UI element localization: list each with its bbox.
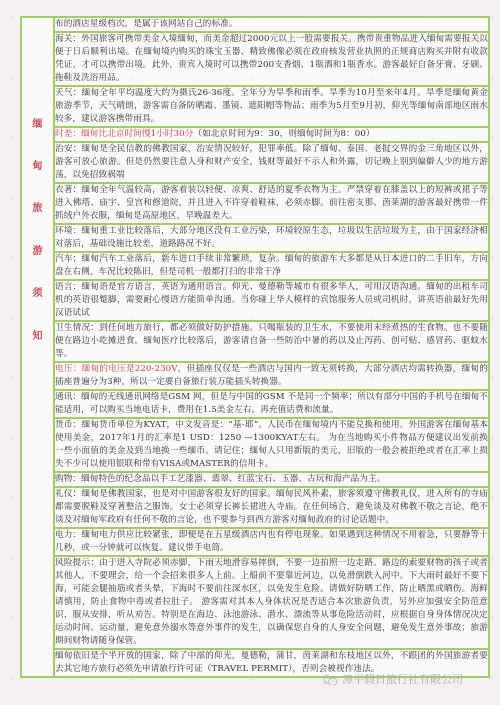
notice-risk-warning: 风险提示：由于进入寺院必须赤脚，下雨天地滑容易摔倒，不要一边拍照一边走路。路边的…	[54, 556, 489, 649]
highlight-text: 时差：缅甸比北京时间慢1小时30分	[55, 129, 193, 139]
table-row: 时差：缅甸比北京时间慢1小时30分（如北京时间为9：30，则缅甸时间为8：00）	[21, 127, 489, 142]
section-title-char: 甸	[22, 157, 53, 172]
table-row: 电力：缅甸电力供应比较紧张，即便是在五星级酒店内也有停电现象。如果遇到这种情况不…	[21, 528, 489, 556]
body-text: 语言：缅甸语是官方语言，英语为通用语言。仰光、曼德勒等城市有很多华人，可用汉语沟…	[55, 282, 488, 318]
notice-environment: 环境：缅甸重工业比较落后，大部分地区没有工业污染，环境较原生态，垃圾以生活垃圾为…	[54, 224, 489, 252]
notice-language: 语言：缅甸语是官方语言，英语为通用语言。仰光、曼德勒等城市有很多华人，可用汉语沟…	[54, 280, 489, 321]
notice-cars: 汽车：缅甸汽车工业落后，新车进口手续非常繁琐，复杂。缅甸的旅游车大多都是从日本进…	[54, 252, 489, 280]
wechat-icon	[323, 674, 338, 685]
table-row: 风险提示：由于进入寺院必须赤脚，下雨天地滑容易摔倒，不要一边拍照一边走路。路边的…	[21, 556, 489, 649]
notice-etiquette: 礼仪：缅甸是佛教国家，也是对中国游客很友好的国家。缅甸民风朴素，旅客须遵守佛教礼…	[54, 487, 489, 528]
company-name: 漳平假日旅行社有限公司	[342, 671, 463, 687]
notice-shopping: 购物：缅甸特色的纪念品以手工艺漆器、翡翠、红蓝宝石、玉器、古玩和海产品为主。	[54, 472, 489, 487]
section-title-char: 游	[22, 242, 53, 257]
table-row: 卫生情况：到任何地方旅行，都必须做好防护措施。只喝瓶装的卫生水，不要使用未经煮热…	[21, 321, 489, 362]
body-text: 电力：缅甸电力供应比较紧张，即便是在五星级酒店内也有停电现象。如果遇到这种情况不…	[55, 530, 488, 553]
body-text: 礼仪：缅甸是佛教国家，也是对中国游客很友好的国家。缅甸民风朴素，旅客须遵守佛教礼…	[55, 489, 488, 525]
body-text: 天气：缅甸全年平均温度大约为摄氏26-36度。全年分为旱季和雨季。旱季为10月至…	[55, 88, 488, 124]
notice-electricity: 电力：缅甸电力供应比较紧张，即便是在五星级酒店内也有停电现象。如果遇到这种情况不…	[54, 528, 489, 556]
table-row: 环境：缅甸重工业比较落后，大部分地区没有工业污染，环境较原生态，垃圾以生活垃圾为…	[21, 224, 489, 252]
table-row: 礼仪：缅甸是佛教国家，也是对中国游客很友好的国家。缅甸民风朴素，旅客须遵守佛教礼…	[21, 487, 489, 528]
notice-customs: 海关：外国旅客可携带美金入境缅甸，而美金超过2000元以上一般需要报关。携带贵重…	[54, 32, 489, 86]
travel-notice-table: 缅甸旅游须知布的酒店星级档次，是属于该网站自己的标准。海关：外国旅客可携带美金入…	[20, 16, 490, 678]
body-text: 布的酒店星级档次，是属于该网站自己的标准。	[55, 19, 238, 29]
body-text: （如北京时间为9：30，则缅甸时间为8：00）	[193, 129, 374, 139]
table-row: 购物：缅甸特色的纪念品以手工艺漆器、翡翠、红蓝宝石、玉器、古玩和海产品为主。	[21, 472, 489, 487]
table-row: 汽车：缅甸汽车工业落后，新车进口手续非常繁琐，复杂。缅甸的旅游车大多都是从日本进…	[21, 252, 489, 280]
notice-hygiene: 卫生情况：到任何地方旅行，都必须做好防护措施。只喝瓶装的卫生水，不要使用未经煮热…	[54, 321, 489, 362]
table-row: 货币：缅甸货币单位为KYAT，中文发音是：“基-耶”。人民币在缅甸境内不能兑换和…	[21, 418, 489, 472]
body-text: 衣著：缅甸全年气温较高，游客着装以轻便、凉爽、舒适的夏季衣物为主。严禁穿着在膝盖…	[55, 185, 488, 221]
notice-hotel-rating: 布的酒店星级档次，是属于该网站自己的标准。	[54, 17, 489, 32]
body-text: 海关：外国旅客可携带美金入境缅甸，而美金超过2000元以上一般需要报关。携带贵重…	[55, 34, 488, 83]
body-text: 治安：缅甸是全民信教的佛教国家，治安情况较好，犯罪率低。除了缅甸、泰国、老挝交界…	[55, 144, 488, 180]
table-row: 海关：外国旅客可携带美金入境缅甸，而美金超过2000元以上一般需要报关。携带贵重…	[21, 32, 489, 86]
body-text: 卫生情况：到任何地方旅行，都必须做好防护措施。只喝瓶装的卫生水，不要使用未经煮热…	[55, 323, 488, 359]
highlight-text: 电压：缅甸的电压是220-230V	[55, 364, 178, 374]
table-row: 缅甸旅游须知布的酒店星级档次，是属于该网站自己的标准。	[21, 17, 489, 32]
table-row: 衣著：缅甸全年气温较高，游客着装以轻便、凉爽、舒适的夏季衣物为主。严禁穿着在膝盖…	[21, 183, 489, 224]
notice-clothing: 衣著：缅甸全年气温较高，游客着装以轻便、凉爽、舒适的夏季衣物为主。严禁穿着在膝盖…	[54, 183, 489, 224]
section-title-char: 缅	[22, 115, 53, 130]
notice-currency: 货币：缅甸货币单位为KYAT，中文发音是：“基-耶”。人民币在缅甸境内不能兑换和…	[54, 418, 489, 472]
body-text: 风险提示：由于进入寺院必须赤脚，下雨天地滑容易摔倒，不要一边拍照一边走路。路边的…	[55, 558, 488, 646]
table-row: 通讯：缅甸的无线通讯网络是GSM 网，但是与中国的GSM 不是同一个频率；所以有…	[21, 390, 489, 418]
notice-weather: 天气：缅甸全年平均温度大约为摄氏26-36度。全年分为旱季和雨季。旱季为10月至…	[54, 86, 489, 127]
section-title-char: 须	[22, 284, 53, 299]
section-title-char: 知	[22, 327, 53, 342]
body-text: 购物：缅甸特色的纪念品以手工艺漆器、翡翠、红蓝宝石、玉器、古玩和海产品为主。	[55, 474, 385, 484]
notice-security: 治安：缅甸是全民信教的佛教国家，治安情况较好，犯罪率低。除了缅甸、泰国、老挝交界…	[54, 142, 489, 183]
section-title-column: 缅甸旅游须知	[21, 17, 54, 677]
section-title-char: 旅	[22, 199, 53, 214]
table-row: 语言：缅甸语是官方语言，英语为通用语言。仰光、曼德勒等城市有很多华人，可用汉语沟…	[21, 280, 489, 321]
watermark: 漳平假日旅行社有限公司	[323, 671, 463, 687]
notice-time-difference: 时差：缅甸比北京时间慢1小时30分（如北京时间为9：30，则缅甸时间为8：00）	[54, 127, 489, 142]
body-text: 货币：缅甸货币单位为KYAT，中文发音是：“基-耶”。人民币在缅甸境内不能兑换和…	[55, 420, 488, 469]
body-text: 通讯：缅甸的无线通讯网络是GSM 网，但是与中国的GSM 不是同一个频率；所以有…	[55, 392, 488, 415]
table-row: 电压：缅甸的电压是220-230V，但插座仅仅是一些酒店与国内一致无须转换，大部…	[21, 362, 489, 390]
notice-communication: 通讯：缅甸的无线通讯网络是GSM 网，但是与中国的GSM 不是同一个频率；所以有…	[54, 390, 489, 418]
table-row: 天气：缅甸全年平均温度大约为摄氏26-36度。全年分为旱季和雨季。旱季为10月至…	[21, 86, 489, 127]
table-row: 治安：缅甸是全民信教的佛教国家，治安情况较好，犯罪率低。除了缅甸、泰国、老挝交界…	[21, 142, 489, 183]
body-text: 汽车：缅甸汽车工业落后，新车进口手续非常繁琐，复杂。缅甸的旅游车大多都是从日本进…	[55, 254, 488, 277]
notice-voltage: 电压：缅甸的电压是220-230V，但插座仅仅是一些酒店与国内一致无须转换，大部…	[54, 362, 489, 390]
body-text: 环境：缅甸重工业比较落后，大部分地区没有工业污染，环境较原生态，垃圾以生活垃圾为…	[55, 226, 488, 249]
